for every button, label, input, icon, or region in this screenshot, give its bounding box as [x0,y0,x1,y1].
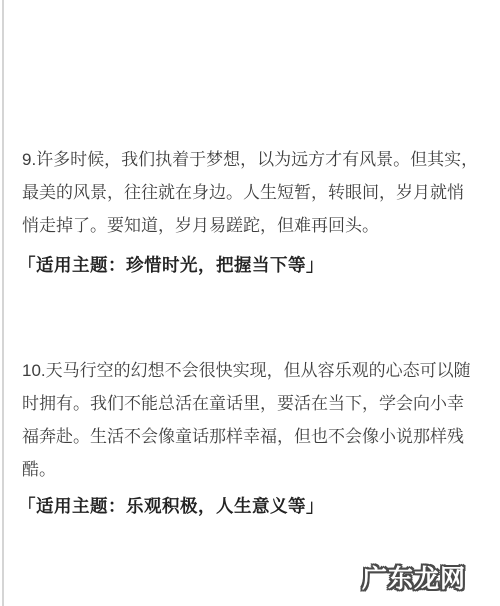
excerpt-item-9: 9.许多时候，我们执着于梦想，以为远方才有风景。但其实，最美的风景，往往就在身边… [22,143,480,282]
excerpt-list: 9.许多时候，我们执着于梦想，以为远方才有风景。但其实，最美的风景，往往就在身边… [22,143,480,523]
excerpt-paragraph-10: 10.天马行空的幻想不会很快实现，但从容乐观的心态可以随时拥有。我们不能总活在童… [22,354,480,486]
topic-label-9: 「适用主题：珍惜时光，把握当下等」 [22,249,480,282]
left-edge-divider [2,0,4,606]
excerpt-item-10: 10.天马行空的幻想不会很快实现，但从容乐观的心态可以随时拥有。我们不能总活在童… [22,354,480,523]
excerpt-paragraph-9: 9.许多时候，我们执着于梦想，以为远方才有风景。但其实，最美的风景，往往就在身边… [22,143,480,242]
document-page: 9.许多时候，我们执着于梦想，以为远方才有风景。但其实，最美的风景，往往就在身边… [0,0,500,606]
topic-label-10: 「适用主题：乐观积极，人生意义等」 [22,490,480,523]
site-watermark: 广东龙网 [362,559,466,595]
